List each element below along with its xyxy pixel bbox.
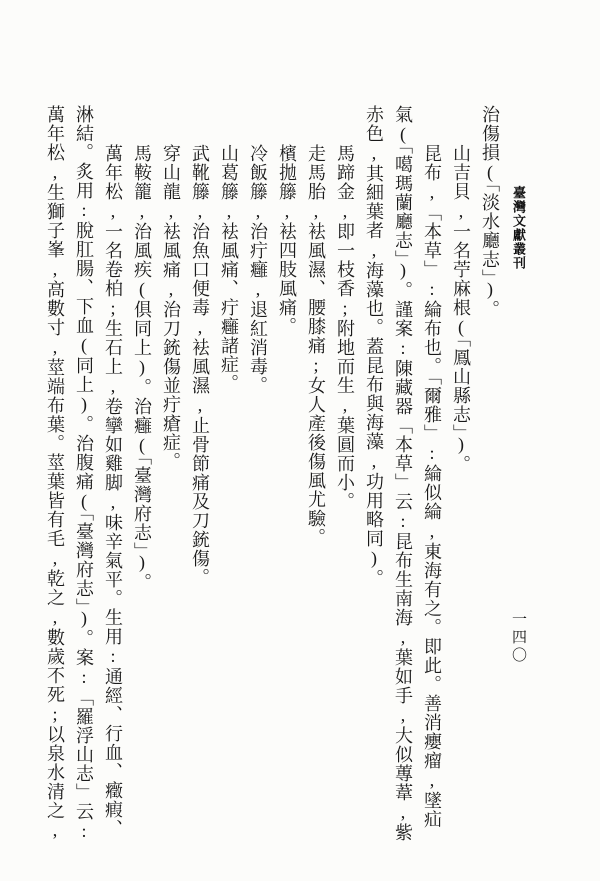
text-column: 治傷損(「淡水廳志」)。 [475,105,504,877]
text-column: 赤色,其細葉者,海藻也。蓋昆布與海藻,功用略同)。 [359,105,388,877]
text-column: 走馬胎,袪風濕、腰膝痛;女人產後傷風尤驗。 [301,105,330,877]
running-title: 臺灣文獻叢刊 [509,186,528,270]
text-column: 萬年松,生獅子峯,高數寸,莖端布葉。莖葉皆有毛,乾之,數歲不死;以泉水清之, [40,105,69,877]
text-column: 淋結。炙用:脫肛腸、下血(同上)。治腹痛(「臺灣府志」)。案:「羅浮山志」云: [69,105,98,877]
scanned-page: 臺灣文獻叢刊 治傷損(「淡水廳志」)。山吉貝,一名苧麻根(「鳳山縣志」)。昆布,… [0,0,600,881]
text-column: 氣(「噶瑪蘭廳志」)。謹案:陳藏器「本草」云:昆布生南海,葉如手,大似蓴葦,紫 [388,105,417,877]
body-text: 治傷損(「淡水廳志」)。山吉貝,一名苧麻根(「鳳山縣志」)。昆布,「本草」:綸布… [40,105,504,877]
text-column: 檳拋籐,袪四肢風痛。 [272,105,301,877]
text-column: 馬蹄金,即一枝香;附地而生,葉圓而小。 [330,105,359,877]
text-column: 冷飯籐,治疔癰,退紅消毒。 [243,105,272,877]
text-column: 山吉貝,一名苧麻根(「鳳山縣志」)。 [446,105,475,877]
text-column: 穿山龍,袪風痛,治刀銃傷並疔瘡症。 [156,105,185,877]
text-column: 萬年松,一名卷柏;生石上,卷攣如雞脚,味辛氣平。生用:通經、行血、癥瘕、 [98,105,127,877]
text-column: 馬鞍籠,治風疾(俱同上)。治癰(「臺灣府志」)。 [127,105,156,877]
page-number: 一四〇 [508,611,529,665]
text-column: 昆布,「本草」:綸布也。「爾雅」:綸似綸,東海有之。即此。善消癭瘤,墜疝 [417,105,446,877]
text-column: 山葛籐,袪風痛、疔癰諸症。 [214,105,243,877]
text-column: 武靴籐,治魚口便毒,袪風濕,止骨節痛及刀銃傷。 [185,105,214,877]
